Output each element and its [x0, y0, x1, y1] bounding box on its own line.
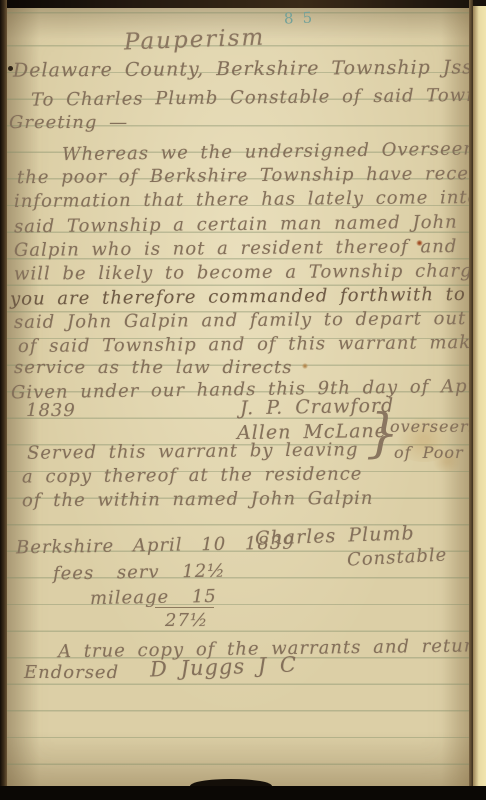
greeting-line: Greeting —	[9, 112, 128, 133]
body-line: the poor of Berkshire Township have rece…	[17, 163, 486, 188]
body-line: will be likely to become a Township char…	[14, 260, 484, 284]
body-line: service as the law directs	[14, 357, 292, 378]
paper-stain	[302, 363, 308, 369]
fees-total: 27½	[155, 607, 214, 631]
service-return-line: of the within named John Galpin	[22, 488, 374, 511]
next-page-edge	[473, 6, 486, 788]
clerk-signature: D Juggs J C	[150, 652, 298, 681]
overseers-label: of Poor	[394, 443, 464, 462]
page-number: 85	[284, 8, 322, 27]
county-township-line: Delaware County, Berkshire Township Jss	[13, 56, 473, 81]
endorsed-label: Endorsed	[24, 662, 119, 683]
fees-line: fees serv 12½	[53, 560, 226, 584]
service-return-line: a copy thereof at the residence	[22, 464, 363, 488]
mileage-line: mileage 15	[90, 586, 217, 609]
ledger-photo: 85 Pauperism Delaware County, Berkshire …	[0, 0, 486, 800]
page-title: Pauperism	[124, 25, 266, 56]
body-line: of said Township and of this warrant mak…	[18, 332, 483, 357]
body-line: Galpin who is not a resident thereof and	[14, 236, 458, 261]
overseers-label: overseers	[390, 417, 478, 436]
body-line: said John Galpin and family to depart ou…	[14, 308, 466, 333]
book-binding-left	[0, 0, 7, 800]
body-line: information that there has lately come i…	[14, 187, 480, 212]
dateline-year: 1839	[26, 400, 76, 421]
book-edge-bottom	[0, 786, 486, 800]
book-edge-top	[0, 0, 486, 8]
service-return-line: Served this warrant by leaving	[27, 439, 359, 463]
